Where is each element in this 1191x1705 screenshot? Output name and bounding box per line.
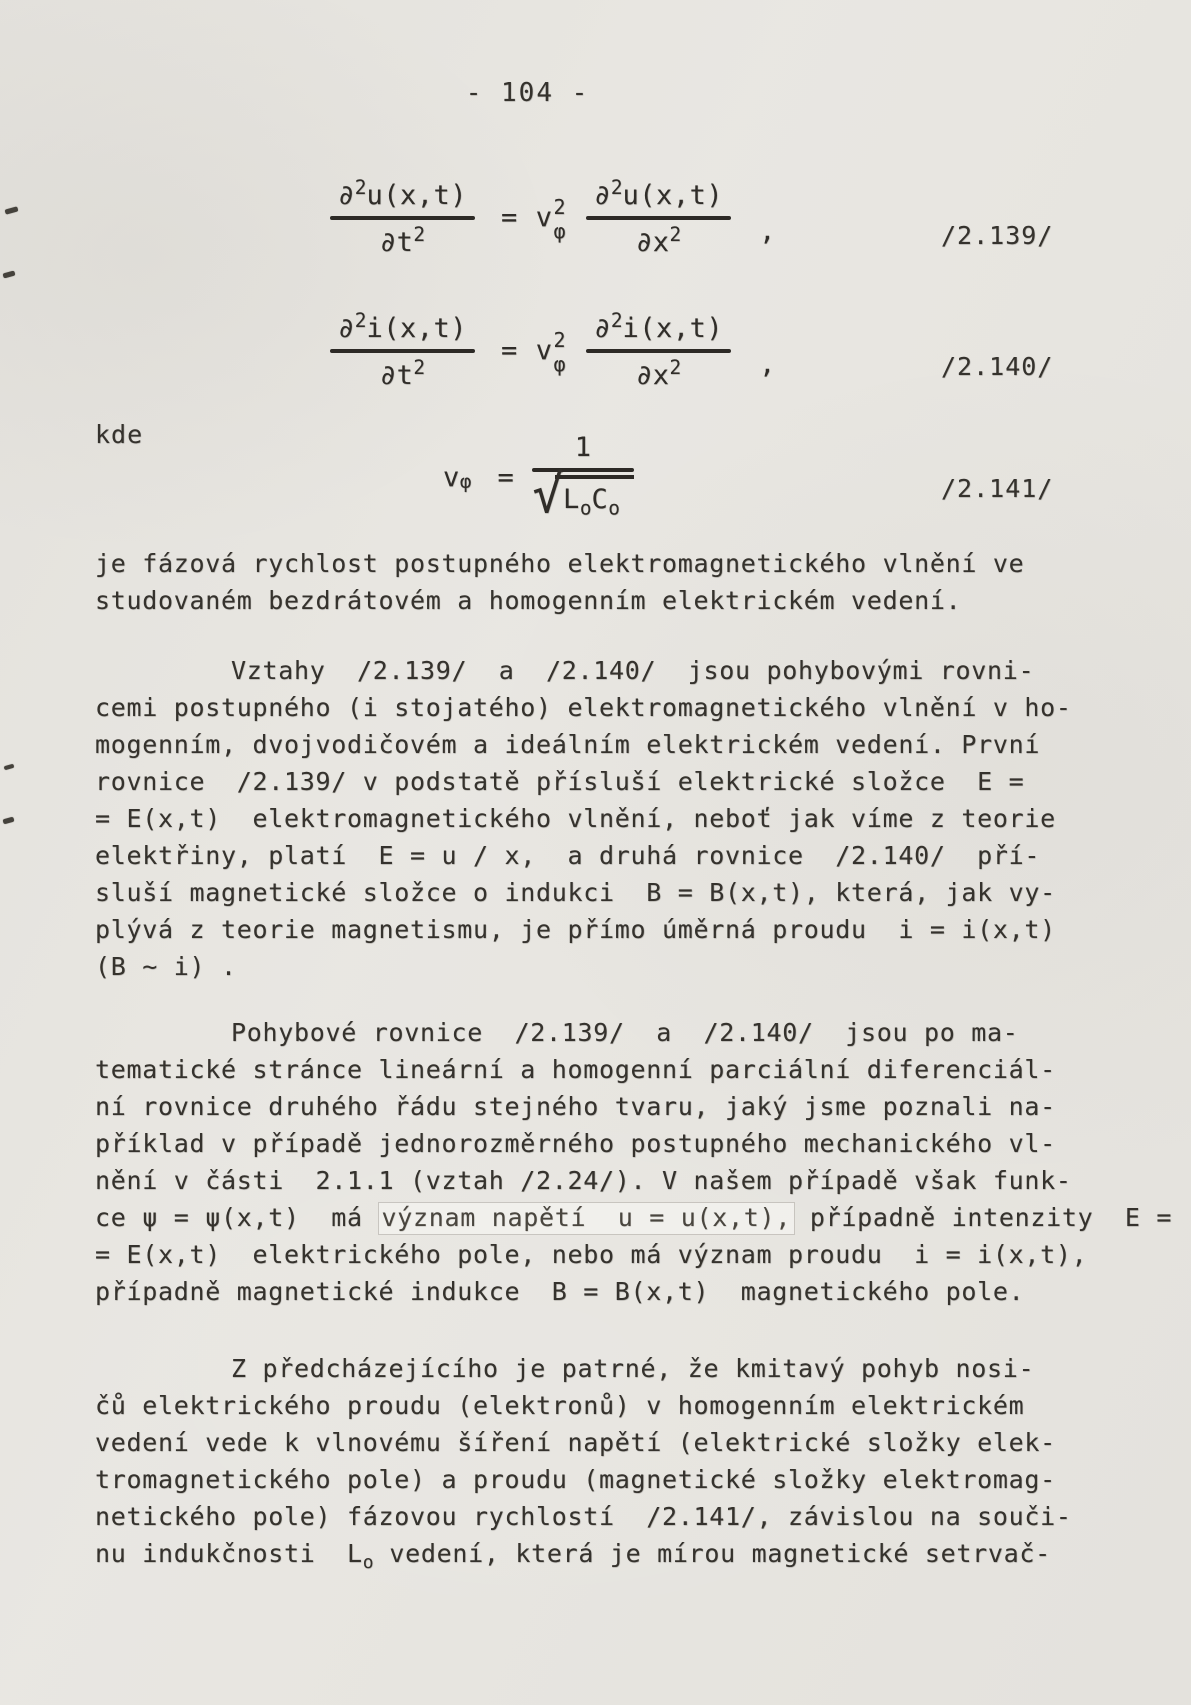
- text-line: Vztahy /2.139/ a /2.140/ jsou pohybovými…: [95, 652, 1072, 689]
- square-root: √ LoCo: [532, 475, 634, 523]
- text-line: = E(x,t) elektrického pole, nebo má význ…: [95, 1236, 1172, 1273]
- trailing-comma: ,: [759, 216, 776, 247]
- text-line: cemi postupného (i stojatého) elektromag…: [95, 689, 1072, 726]
- fraction: 1 √ LoCo: [532, 432, 634, 523]
- equation-label-2141: /2.141/: [941, 474, 1053, 503]
- paragraph-wave-propagation: Z předcházejícího je patrné, že kmitavý …: [95, 1350, 1072, 1581]
- scan-speck: [5, 206, 19, 214]
- text-line: Pohybové rovnice /2.139/ a /2.140/ jsou …: [95, 1014, 1172, 1051]
- text-line: ní rovnice druhého řádu stejného tvaru, …: [95, 1088, 1172, 1125]
- fraction-lhs: ∂2u(x,t) ∂t2: [330, 176, 475, 260]
- kde-connector: kde: [95, 420, 143, 449]
- fraction-rhs: ∂2u(x,t) ∂x2: [586, 176, 731, 260]
- text-line: mogenním, dvojvodičovém a ideálním elekt…: [95, 726, 1072, 763]
- scan-speck: [4, 764, 15, 770]
- equals-sign: =: [501, 202, 518, 233]
- equation-label-2140: /2.140/: [941, 352, 1053, 381]
- equals-sign: =: [497, 462, 514, 493]
- radical-sign: √: [532, 472, 564, 520]
- text-line: elektřiny, platí E = u / x, a druhá rovn…: [95, 837, 1072, 874]
- trailing-comma: ,: [759, 349, 776, 380]
- text-line: čů elektrického proudu (elektronů) v hom…: [95, 1387, 1072, 1424]
- text-line: příklad v případě jednorozměrného postup…: [95, 1125, 1172, 1162]
- text-line: nění v části 2.1.1 (vztah /2.24/). V naš…: [95, 1162, 1172, 1199]
- text-line: (B ~ i) .: [95, 948, 1072, 985]
- typewriter-correction-patch: význam napětí u = u(x,t),: [379, 1203, 795, 1234]
- paragraph-mathematical-character: Pohybové rovnice /2.139/ a /2.140/ jsou …: [95, 1014, 1172, 1310]
- text-line: případně magnetické indukce B = B(x,t) m…: [95, 1273, 1172, 1310]
- fraction-bar: [586, 349, 731, 353]
- paragraph-phase-velocity-description: je fázová rychlost postupného elektromag…: [95, 545, 1024, 619]
- phase-velocity-coefficient: v 2 φ: [536, 198, 566, 238]
- equation-label-2139: /2.139/: [941, 221, 1053, 250]
- text-line: netického pole) fázovou rychlostí /2.141…: [95, 1498, 1072, 1535]
- equation-wave-i: ∂2i(x,t) ∂t2 = v 2 φ ∂2i(x,t) ∂x2 ,: [330, 309, 776, 393]
- text-line: sluší magnetické složce o indukci B = B(…: [95, 874, 1072, 911]
- fraction-rhs: ∂2i(x,t) ∂x2: [586, 309, 731, 393]
- text-line: studovaném bezdrátovém a homogenním elek…: [95, 582, 1024, 619]
- text-line: je fázová rychlost postupného elektromag…: [95, 545, 1024, 582]
- scan-speck: [3, 271, 16, 279]
- equals-sign: =: [501, 335, 518, 366]
- fraction-bar: [330, 349, 475, 353]
- phase-velocity-coefficient: v 2 φ: [536, 331, 566, 371]
- text-line: tematické stránce lineární a homogenní p…: [95, 1051, 1172, 1088]
- fraction-lhs: ∂2i(x,t) ∂t2: [330, 309, 475, 393]
- fraction-bar: [330, 216, 475, 220]
- paragraph-equations-of-motion: Vztahy /2.139/ a /2.140/ jsou pohybovými…: [95, 652, 1072, 985]
- fraction-bar: [586, 216, 731, 220]
- text-line: = E(x,t) elektromagnetického vlnění, neb…: [95, 800, 1072, 837]
- v-phi-symbol: vφ: [443, 462, 471, 493]
- document-page: - 104 - ∂2u(x,t) ∂t2 = v 2 φ ∂2u(x,t) ∂x…: [0, 0, 1191, 1705]
- text-line: tromagnetického pole) a proudu (magnetic…: [95, 1461, 1072, 1498]
- text-line: Z předcházejícího je patrné, že kmitavý …: [95, 1350, 1072, 1387]
- scan-speck: [3, 817, 15, 825]
- text-line-with-subscript: nu indukčnosti Lo vedení, která je mírou…: [95, 1535, 1072, 1581]
- page-number: - 104 -: [0, 78, 1123, 108]
- equation-phase-velocity: vφ = 1 √ LoCo: [443, 432, 634, 523]
- text-line-with-correction: ce ψ = ψ(x,t) má význam napětí u = u(x,t…: [95, 1199, 1172, 1236]
- text-line: plývá z teorie magnetismu, je přímo úměr…: [95, 911, 1072, 948]
- text-line: vedení vede k vlnovému šíření napětí (el…: [95, 1424, 1072, 1461]
- text-line: rovnice /2.139/ v podstatě přísluší elek…: [95, 763, 1072, 800]
- equation-wave-u: ∂2u(x,t) ∂t2 = v 2 φ ∂2u(x,t) ∂x2 ,: [330, 176, 776, 260]
